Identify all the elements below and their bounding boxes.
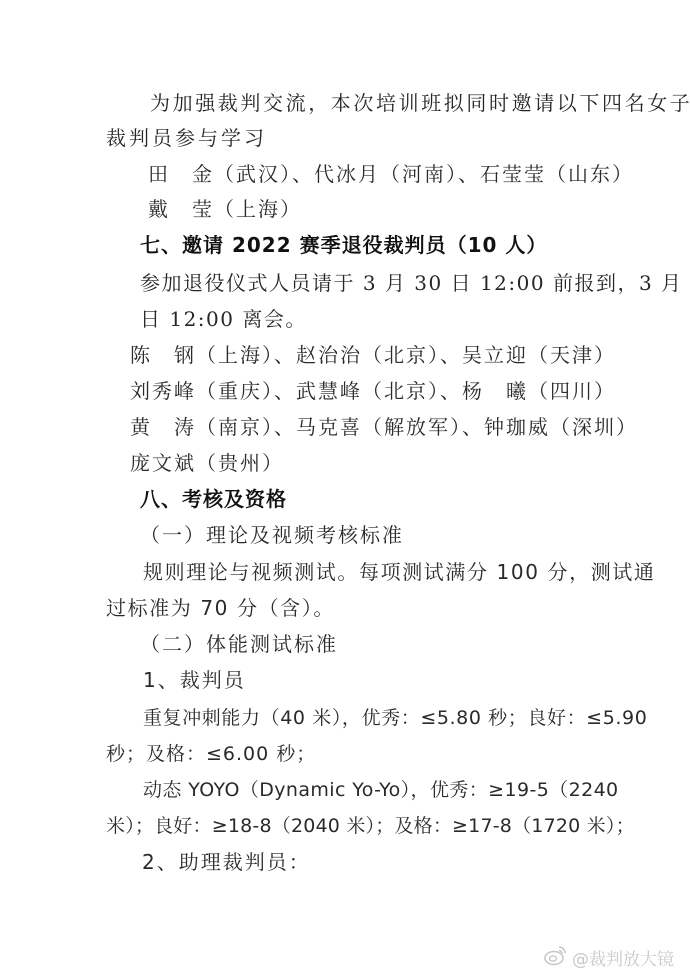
referee-surname: 田 <box>148 162 170 186</box>
yoyo-standard-line-2: 米）；良好：≥18-8（2040 米）；及格：≥17-8（1720 米）； <box>106 814 635 838</box>
intro-line-1: 为加强裁判交流，本次培训班拟同时邀请以下四名女子 <box>150 91 690 115</box>
section-8-sub-1-title: （一）理论及视频考核标准 <box>140 523 404 547</box>
section-8-heading: 八、考核及资格 <box>140 487 287 511</box>
referee-surname: 陈 <box>130 343 152 367</box>
intro-line-2: 裁判员参与学习 <box>106 126 267 150</box>
item-1-title: 1、裁判员 <box>143 668 246 692</box>
section-8-sub-2-title: （二）体能测试标准 <box>140 632 338 656</box>
referee-list: 金（武汉）、代冰月（河南）、石莹莹（山东） <box>192 162 634 186</box>
section-7-notice-line-1: 参加退役仪式人员请于 3 月 30 日 12:00 前报到，3 月 31 <box>140 271 690 295</box>
referee-surname: 戴 <box>148 197 170 221</box>
item-2-title: 2、助理裁判员： <box>142 850 311 874</box>
retired-referees-line-2: 刘秀峰（重庆）、武慧峰（北京）、杨 曦（四川） <box>130 379 616 403</box>
women-referees-line-2: 戴莹（上海） <box>148 197 302 221</box>
referee-list: 莹（上海） <box>192 197 302 221</box>
yoyo-standard-line-1: 动态 YOYO（Dynamic Yo-Yo），优秀：≥19-5（2240 <box>143 778 619 802</box>
referee-list: 钢（上海）、赵治治（北京）、吴立迎（天津） <box>174 343 616 367</box>
women-referees-line-1: 田金（武汉）、代冰月（河南）、石莹莹（山东） <box>148 162 634 186</box>
referee-list: 涛（南京）、马克喜（解放军）、钟珈威（深圳） <box>174 415 638 439</box>
section-8-sub-1-text-line-2: 过标准为 70 分（含）。 <box>106 596 335 620</box>
section-8-sub-1-text-line-1: 规则理论与视频测试。每项测试满分 100 分，测试通 <box>143 560 656 584</box>
sprint-standard-line-2: 秒；及格：≤6.00 秒； <box>106 742 316 766</box>
sprint-standard-line-1: 重复冲刺能力（40 米），优秀：≤5.80 秒；良好：≤5.90 <box>143 706 647 730</box>
retired-referees-line-1: 陈钢（上海）、赵治治（北京）、吴立迎（天津） <box>130 343 616 367</box>
referee-surname: 黄 <box>130 415 152 439</box>
retired-referees-line-3: 黄涛（南京）、马克喜（解放军）、钟珈威（深圳） <box>130 415 638 439</box>
retired-referees-line-4: 庞文斌（贵州） <box>130 451 284 475</box>
watermark: @裁判放大镜 <box>544 944 674 971</box>
section-7-heading: 七、邀请 2022 赛季退役裁判员（10 人） <box>140 233 547 257</box>
section-7-notice-line-2: 日 12:00 离会。 <box>140 307 307 331</box>
watermark-text: @裁判放大镜 <box>572 945 674 970</box>
weibo-icon <box>544 944 568 971</box>
